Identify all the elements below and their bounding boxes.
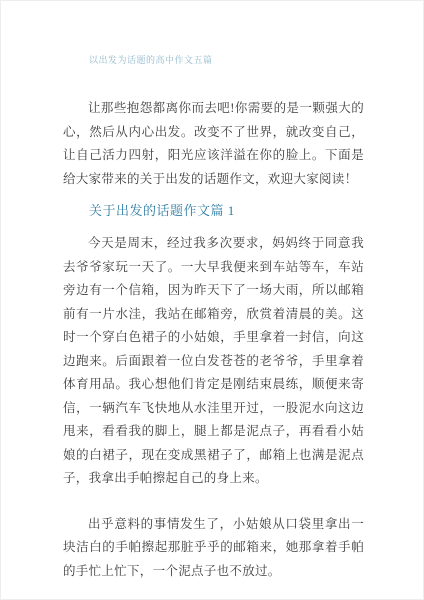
body-paragraph-1: 今天是周末，经过我多次要求，妈妈终于同意我去爷爷家玩一天了。一大早我便来到车站等… [63, 232, 364, 491]
document-page: 以出发为话题的高中作文五篇 让那些抱怨都离你而去吧!你需要的是一颗强大的心，然后… [0, 0, 424, 600]
document-body: 让那些抱怨都离你而去吧!你需要的是一颗强大的心，然后从内心出发。改变不了世界，就… [63, 97, 364, 600]
section-heading: 关于出发的话题作文篇 1 [89, 200, 364, 219]
document-title: 以出发为话题的高中作文五篇 [89, 53, 213, 66]
intro-paragraph: 让那些抱怨都离你而去吧!你需要的是一颗强大的心，然后从内心出发。改变不了世界，就… [63, 97, 364, 191]
body-paragraph-2: 出乎意料的事情发生了，小姑娘从口袋里拿出一块洁白的手帕擦起那脏乎乎的邮箱来，她那… [63, 513, 364, 584]
